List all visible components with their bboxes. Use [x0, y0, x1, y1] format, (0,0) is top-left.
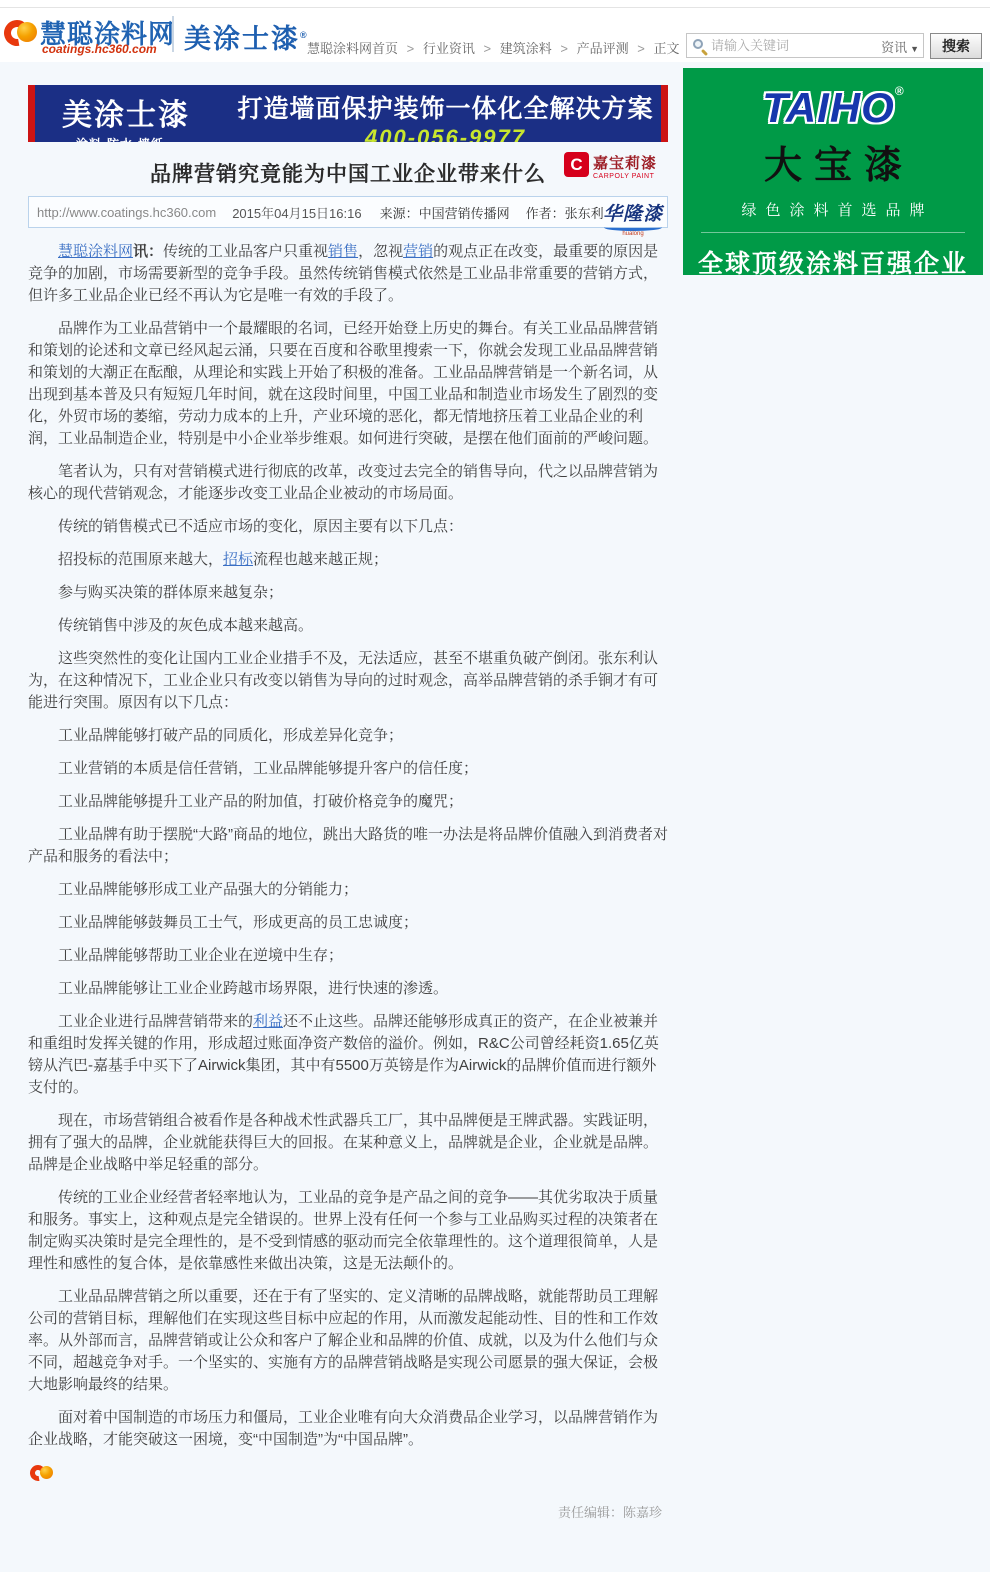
article-paragraph: 工业品牌能够打破产品的同质化，形成差异化竞争； — [28, 725, 668, 747]
article-paragraph: 工业品牌能够让工业企业跨越市场界限，进行快速的渗透。 — [28, 978, 668, 1000]
paragraph-text-bold: 讯： — [133, 243, 163, 260]
taiho-brand-name: 大宝漆 — [683, 134, 983, 189]
paragraph-text: 工业品牌能够帮助工业企业在逆境中生存； — [58, 947, 343, 964]
article-paragraph: 现在，市场营销组合被看作是各种战术性武器兵工厂，其中品牌便是王牌武器。实践证明，… — [28, 1110, 668, 1176]
article-paragraph: 工业品牌能够帮助工业企业在逆境中生存； — [28, 945, 668, 967]
banner-slogan: 打造墙面保护装饰一体化全解决方案 — [223, 89, 668, 125]
search-box[interactable]: 资讯▼ — [686, 33, 924, 58]
main-region: 美涂士漆 涂料·防水·墙纸 打造墙面保护装饰一体化全解决方案 400-056-9… — [0, 62, 990, 1572]
article-author: 作者：张东利 — [526, 203, 604, 222]
article-paragraph: 面对着中国制造的市场压力和僵局，工业企业唯有向大众消费品企业学习，以品牌营销作为… — [28, 1407, 668, 1451]
banner-phone: 400-056-9977 — [223, 125, 668, 142]
banner-brand-sub: 涂料·防水·墙纸 — [62, 135, 223, 142]
editor-credit: 责任编辑：陈嘉珍 — [28, 1502, 668, 1521]
paragraph-text: 工业品牌能够鼓舞员工士气，形成更高的员工忠诚度； — [58, 914, 418, 931]
paragraph-text: 这些突然性的变化让国内工业企业措手不及，无法适应，甚至不堪重负破产倒闭。张东利认… — [28, 650, 658, 711]
paragraph-text: 传统销售中涉及的灰色成本越来越高。 — [58, 617, 313, 634]
carpoly-name: 嘉宝莉漆 — [593, 152, 657, 173]
paragraph-text: 工业品牌有助于摆脱“大路”商品的地位，跳出大路货的唯一办法是将品牌价值融入到消费… — [28, 826, 668, 865]
carpoly-logo-ad[interactable]: C 嘉宝莉漆 CARPOLY PAINT — [564, 152, 666, 180]
article-paragraph: 传统的销售模式已不适应市场的变化，原因主要有以下几点： — [28, 516, 668, 538]
title-row: 品牌营销究竟能为中国工业企业带来什么 C 嘉宝莉漆 CARPOLY PAINT — [28, 142, 668, 196]
carpoly-icon: C — [564, 152, 589, 177]
taiho-logo: TAIHO — [762, 84, 895, 131]
article-paragraph: 工业企业进行品牌营销带来的利益还不止这些。品牌还能够形成真正的资产，在企业被兼并… — [28, 1011, 668, 1099]
banner-brand-name: 美涂士漆 — [62, 90, 223, 134]
article-paragraph: 传统的工业企业经营者轻率地认为，工业品的竞争是产品之间的竞争——其优劣取决于质量… — [28, 1187, 668, 1275]
paragraph-text: ，忽视 — [358, 243, 403, 260]
inline-link[interactable]: 营销 — [403, 243, 433, 260]
article-paragraph: 招投标的范围原来越大，招标流程也越来越正规； — [28, 549, 668, 571]
taiho-divider — [701, 232, 965, 233]
search-category-select[interactable]: 资讯▼ — [881, 37, 919, 56]
paragraph-text: 工业品牌能够打破产品的同质化，形成差异化竞争； — [58, 727, 403, 744]
paragraph-text: 面对着中国制造的市场压力和僵局，工业企业唯有向大众消费品企业学习，以品牌营销作为… — [28, 1409, 658, 1448]
hualong-logo-ad[interactable]: 华隆漆 hualong — [603, 199, 663, 237]
chevron-down-icon: ▼ — [910, 44, 919, 54]
article-paragraph: 工业品牌能够提升工业产品的附加值，打破价格竞争的魔咒； — [28, 791, 668, 813]
breadcrumb: 慧聪涂料网首页 > 行业资讯 > 建筑涂料 > 产品评测 > 正文 — [305, 38, 681, 57]
search-button[interactable]: 搜索 — [930, 33, 982, 59]
logo-divider — [172, 16, 174, 52]
partner-logo[interactable]: 美涂士漆® — [184, 17, 309, 56]
search-input[interactable] — [711, 34, 861, 57]
paragraph-text: 笔者认为，只有对营销模式进行彻底的改革，改变过去完全的销售导向，代之以品牌营销为… — [28, 463, 658, 502]
search-bar: 资讯▼ 搜索 — [686, 33, 982, 59]
paragraph-text: 工业品牌能够让工业企业跨越市场界限，进行快速的渗透。 — [58, 980, 448, 997]
article-paragraph: 工业营销的本质是信任营销，工业品牌能够提升客户的信任度； — [28, 758, 668, 780]
article-paragraph: 工业品品牌营销之所以重要，还在于有了坚实的、定义清晰的品牌战略，就能帮助员工理解… — [28, 1286, 668, 1396]
paragraph-text: 工业品牌能够提升工业产品的附加值，打破价格竞争的魔咒； — [58, 793, 463, 810]
paragraph-text: 传统的工业品客户只重视 — [163, 243, 328, 260]
article-paragraph: 工业品牌能够形成工业产品强大的分销能力； — [28, 879, 668, 901]
site-logo-url: coatings.hc360.com — [42, 42, 157, 56]
top-banner-ad[interactable]: 美涂士漆 涂料·防水·墙纸 打造墙面保护装饰一体化全解决方案 400-056-9… — [28, 85, 668, 142]
search-icon — [692, 38, 708, 54]
article-paragraph: 工业品牌有助于摆脱“大路”商品的地位，跳出大路货的唯一办法是将品牌价值融入到消费… — [28, 824, 668, 868]
article-source: 来源：中国营销传播网 — [380, 203, 510, 222]
breadcrumb-industry-news[interactable]: 行业资讯 — [423, 41, 475, 56]
article-end-flame-icon — [30, 1462, 54, 1486]
header-topline — [0, 7, 990, 8]
paragraph-text: 招投标的范围原来越大， — [58, 551, 223, 568]
inline-link[interactable]: 利益 — [253, 1013, 283, 1030]
paragraph-text: 品牌作为工业品营销中一个最耀眼的名词，已经开始登上历史的舞台。有关工业品品牌营销… — [28, 320, 658, 447]
breadcrumb-home[interactable]: 慧聪涂料网首页 — [307, 41, 398, 56]
article-paragraph: 慧聪涂料网讯：传统的工业品客户只重视销售，忽视营销的观点正在改变，最重要的原因是… — [28, 241, 668, 307]
paragraph-text: 流程也越来越正规； — [253, 551, 388, 568]
paragraph-text: 传统的销售模式已不适应市场的变化，原因主要有以下几点： — [58, 518, 463, 535]
sidebar-ad-taiho[interactable]: TAIHO® 大宝漆 绿色涂料首选品牌 全球顶级涂料百强企业 — [683, 68, 983, 275]
paragraph-text: 现在，市场营销组合被看作是各种战术性武器兵工厂，其中品牌便是王牌武器。实践证明，… — [28, 1112, 658, 1173]
paragraph-text: 传统的工业企业经营者轻率地认为，工业品的竞争是产品之间的竞争——其优劣取决于质量… — [28, 1189, 658, 1272]
article-paragraph: 传统销售中涉及的灰色成本越来越高。 — [28, 615, 668, 637]
article-meta-bar: http://www.coatings.hc360.com 2015年04月15… — [28, 196, 668, 228]
paragraph-text: 工业企业进行品牌营销带来的 — [58, 1013, 253, 1030]
breadcrumb-architectural-coatings[interactable]: 建筑涂料 — [500, 41, 552, 56]
article-url: http://www.coatings.hc360.com — [37, 205, 216, 220]
flame-icon — [4, 16, 38, 52]
article-paragraph: 笔者认为，只有对营销模式进行彻底的改革，改变过去完全的销售导向，代之以品牌营销为… — [28, 461, 668, 505]
article-paragraph: 这些突然性的变化让国内工业企业措手不及，无法适应，甚至不堪重负破产倒闭。张东利认… — [28, 648, 668, 714]
inline-link[interactable]: 慧聪涂料网 — [58, 243, 133, 260]
breadcrumb-product-review[interactable]: 产品评测 — [577, 41, 629, 56]
content-column: 美涂士漆 涂料·防水·墙纸 打造墙面保护装饰一体化全解决方案 400-056-9… — [28, 85, 668, 1521]
article-paragraph: 品牌作为工业品营销中一个最耀眼的名词，已经开始登上历史的舞台。有关工业品品牌营销… — [28, 318, 668, 450]
page-header: 慧聪涂料网 coatings.hc360.com 美涂士漆® 慧聪涂料网首页 >… — [0, 0, 990, 62]
inline-link[interactable]: 销售 — [328, 243, 358, 260]
taiho-tagline: 绿色涂料首选品牌 — [683, 199, 983, 220]
taiho-registered-mark: ® — [895, 84, 904, 98]
article-date: 2015年04月15日16:16 — [232, 203, 361, 222]
article-body: 慧聪涂料网讯：传统的工业品客户只重视销售，忽视营销的观点正在改变，最重要的原因是… — [28, 228, 668, 1451]
article-paragraph: 参与购买决策的群体原来越复杂； — [28, 582, 668, 604]
paragraph-text: 参与购买决策的群体原来越复杂； — [58, 584, 283, 601]
taiho-footer-text: 全球顶级涂料百强企业 — [683, 244, 983, 275]
paragraph-text: 工业品牌能够形成工业产品强大的分销能力； — [58, 881, 358, 898]
paragraph-text: 工业品品牌营销之所以重要，还在于有了坚实的、定义清晰的品牌战略，就能帮助员工理解… — [28, 1288, 658, 1393]
breadcrumb-current-article: 正文 — [653, 41, 679, 56]
article-paragraph: 工业品牌能够鼓舞员工士气，形成更高的员工忠诚度； — [28, 912, 668, 934]
paragraph-text: 工业营销的本质是信任营销，工业品牌能够提升客户的信任度； — [58, 760, 478, 777]
carpoly-sub: CARPOLY PAINT — [593, 173, 657, 180]
inline-link[interactable]: 招标 — [223, 551, 253, 568]
